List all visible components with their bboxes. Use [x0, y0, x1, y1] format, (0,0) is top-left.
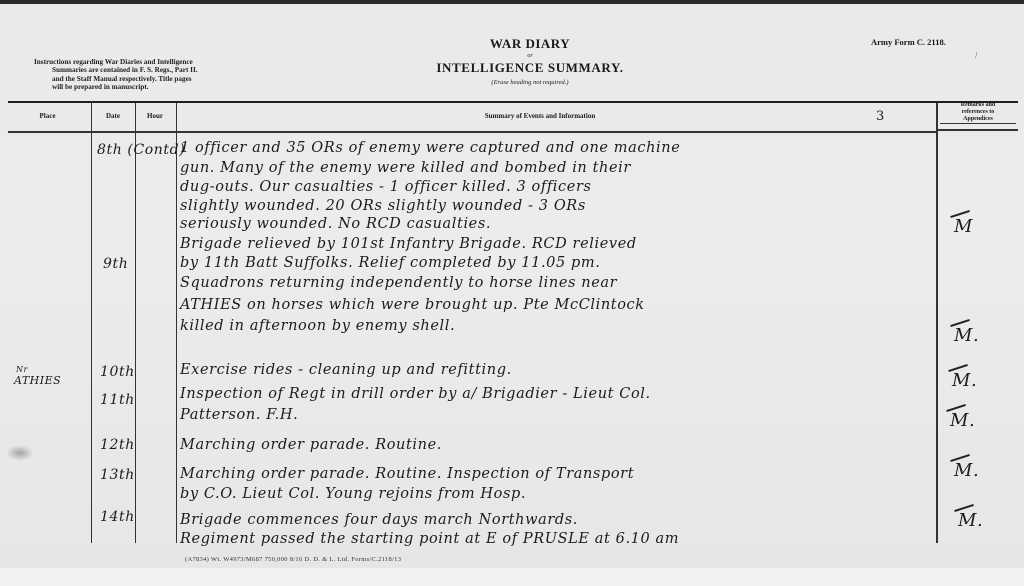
- instructions-line: Instructions regarding War Diaries and I…: [34, 58, 274, 66]
- column-header-remarks: Remarks and references to Appendices: [940, 102, 1016, 124]
- summary-line: Exercise rides - cleaning up and refitti…: [180, 362, 512, 378]
- rule-divider: [8, 131, 938, 133]
- page-subtitle: INTELLIGENCE SUMMARY.: [380, 60, 680, 76]
- place-entry: Nr ATHIES: [14, 364, 61, 386]
- summary-line: Marching order parade. Routine.: [180, 437, 442, 453]
- summary-line: Squadrons returning independently to hor…: [180, 275, 617, 291]
- instructions-line: and the Staff Manual respectively. Title…: [34, 75, 274, 83]
- date-entry: 9th: [103, 256, 128, 272]
- summary-line: slightly wounded. 20 ORs slightly wounde…: [180, 198, 586, 214]
- remarks-initials: M.: [954, 325, 979, 346]
- summary-line: Inspection of Regt in drill order by a/ …: [180, 386, 651, 402]
- column-header-place: Place: [25, 112, 70, 120]
- summary-line: Brigade commences four days march Northw…: [180, 512, 578, 528]
- title-or: or: [380, 53, 680, 59]
- date-entry: 11th: [100, 392, 135, 408]
- column-header-hour: Hour: [137, 112, 173, 120]
- remarks-initials: M.: [954, 460, 979, 481]
- summary-line: seriously wounded. No RCD casualties.: [180, 216, 491, 232]
- summary-line: Patterson. F.H.: [180, 407, 298, 423]
- summary-line: Regiment passed the starting point at E …: [180, 531, 679, 547]
- summary-line: dug-outs. Our casualties - 1 officer kil…: [180, 179, 592, 195]
- remarks-initials: M.: [958, 510, 983, 531]
- rule-divider: [938, 129, 1018, 131]
- pencil-tick-icon: \: [973, 50, 980, 60]
- page-title: WAR DIARY: [380, 36, 680, 52]
- remarks-initials: M.: [950, 410, 975, 431]
- form-number: Army Form C. 2118.: [871, 37, 946, 47]
- title-block: WAR DIARY or INTELLIGENCE SUMMARY. (Eras…: [380, 36, 680, 86]
- war-diary-page: Instructions regarding War Diaries and I…: [0, 0, 1024, 586]
- date-entry: 14th: [100, 509, 135, 525]
- remarks-header-line: Remarks and: [940, 102, 1016, 109]
- summary-line: gun. Many of the enemy were killed and b…: [180, 160, 631, 176]
- place-name: ATHIES: [14, 374, 61, 387]
- summary-line: Brigade relieved by 101st Infantry Briga…: [180, 236, 637, 252]
- date-entry: 10th: [100, 364, 135, 380]
- rule-divider: [8, 101, 1018, 103]
- summary-line: ATHIES on horses which were brought up. …: [180, 297, 645, 313]
- page-margin: [0, 568, 1024, 586]
- remarks-initials: M: [954, 216, 973, 237]
- page-number: 3: [876, 109, 884, 124]
- instructions-line: Summaries are contained in F. S. Regs., …: [34, 66, 274, 74]
- summary-line: killed in afternoon by enemy shell.: [180, 318, 455, 334]
- printer-imprint: (A7834) Wt. W4973/M687 750,000 8/16 D. D…: [185, 556, 401, 563]
- column-header-summary: Summary of Events and Information: [440, 112, 640, 120]
- remarks-header-line: references to: [940, 109, 1016, 116]
- remarks-header-line: Appendices: [940, 116, 1016, 124]
- column-divider: [936, 103, 938, 543]
- column-header-date: Date: [96, 112, 130, 120]
- form-instructions: Instructions regarding War Diaries and I…: [34, 58, 274, 92]
- date-entry: 8th (Contd): [97, 142, 185, 158]
- remarks-initials: M.: [952, 370, 977, 391]
- date-entry: 13th: [100, 467, 135, 483]
- title-note: (Erase heading not required.): [380, 79, 680, 86]
- summary-line: by C.O. Lieut Col. Young rejoins from Ho…: [180, 486, 526, 502]
- instructions-line: will be prepared in manuscript.: [34, 83, 274, 91]
- summary-line: Marching order parade. Routine. Inspecti…: [180, 466, 634, 482]
- ink-smudge: [6, 445, 34, 461]
- summary-line: 1 officer and 35 ORs of enemy were captu…: [180, 140, 680, 156]
- column-divider: [176, 103, 177, 543]
- date-entry: 12th: [100, 437, 135, 453]
- summary-line: by 11th Batt Suffolks. Relief completed …: [180, 255, 600, 271]
- column-divider: [91, 103, 92, 543]
- column-divider: [135, 103, 136, 543]
